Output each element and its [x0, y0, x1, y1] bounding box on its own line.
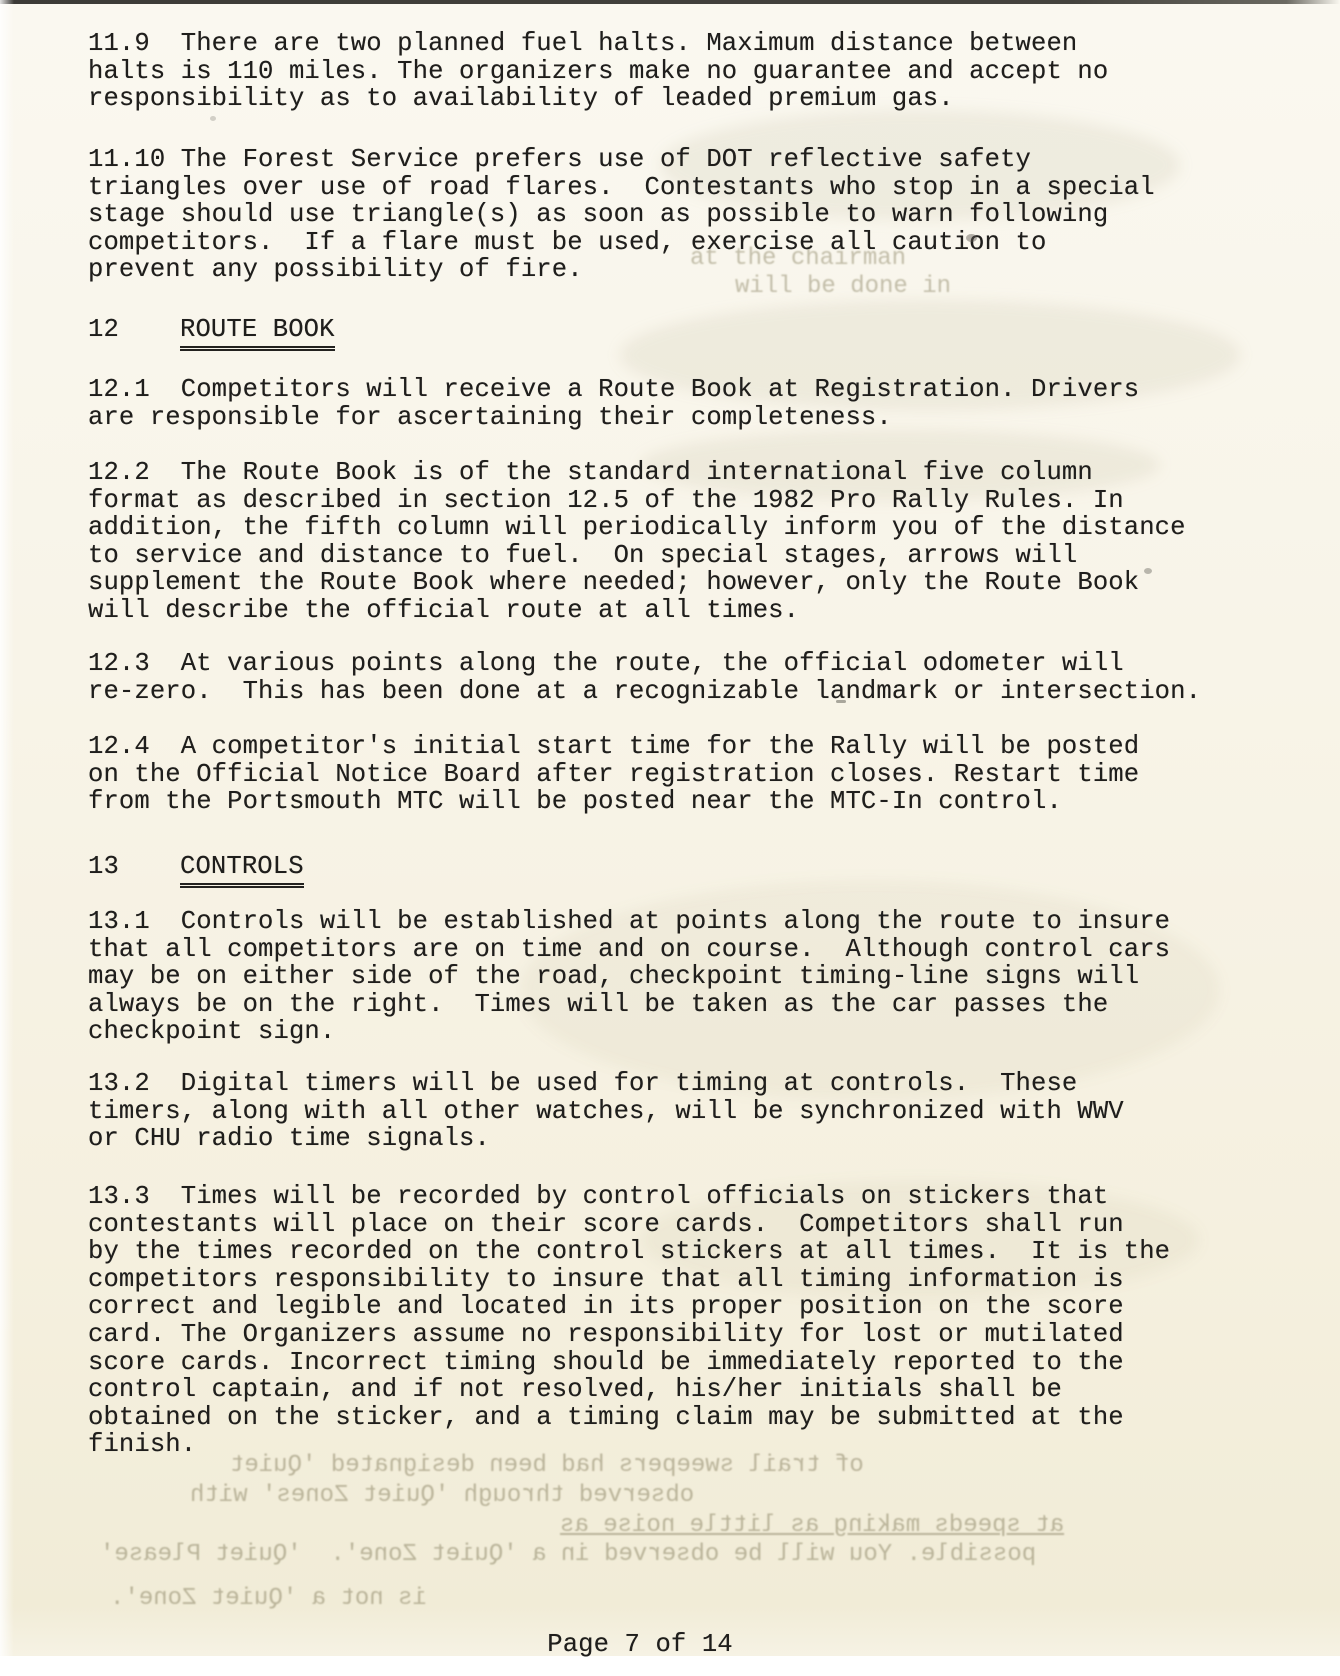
- section-title: CONTROLS: [180, 853, 304, 888]
- section-number: 13: [88, 853, 119, 881]
- scan-top-edge: [0, 0, 1340, 4]
- bleedthrough-text-mirrored: is not a 'Quiet Zone'.: [110, 1585, 427, 1612]
- scan-speck: [966, 234, 977, 242]
- paragraph-12-4: 12.4 A competitor's initial start time f…: [88, 733, 1139, 816]
- bleedthrough-text-mirrored: at speeds making as little noise as: [560, 1512, 1064, 1539]
- bleedthrough-text-mirrored: possible. You will be observed in a 'Qui…: [100, 1541, 1036, 1568]
- page-number-footer: Page 7 of 14: [88, 1630, 1192, 1659]
- paragraph-12-2: 12.2 The Route Book is of the standard i…: [88, 459, 1186, 625]
- paragraph-11-9: 11.9 There are two planned fuel halts. M…: [88, 30, 1108, 113]
- section-title: ROUTE BOOK: [180, 316, 335, 351]
- paragraph-11-10: 11.10 The Forest Service prefers use of …: [88, 146, 1155, 284]
- section-number: 12: [88, 316, 119, 344]
- scan-speck: [210, 116, 216, 121]
- paragraph-13-1: 13.1 Controls will be established at poi…: [88, 908, 1170, 1046]
- paragraph-13-3: 13.3 Times will be recorded by control o…: [88, 1183, 1170, 1459]
- scan-speck: [1144, 568, 1152, 574]
- scan-speck: [836, 700, 846, 703]
- paragraph-13-2: 13.2 Digital timers will be used for tim…: [88, 1070, 1124, 1153]
- paragraph-12-3: 12.3 At various points along the route, …: [88, 650, 1201, 705]
- paragraph-12-1: 12.1 Competitors will receive a Route Bo…: [88, 376, 1139, 431]
- scanned-page: at the chairman will be done in of trail…: [0, 0, 1340, 1656]
- bleedthrough-text-mirrored: observed through 'Quiet Zones' with: [190, 1482, 694, 1509]
